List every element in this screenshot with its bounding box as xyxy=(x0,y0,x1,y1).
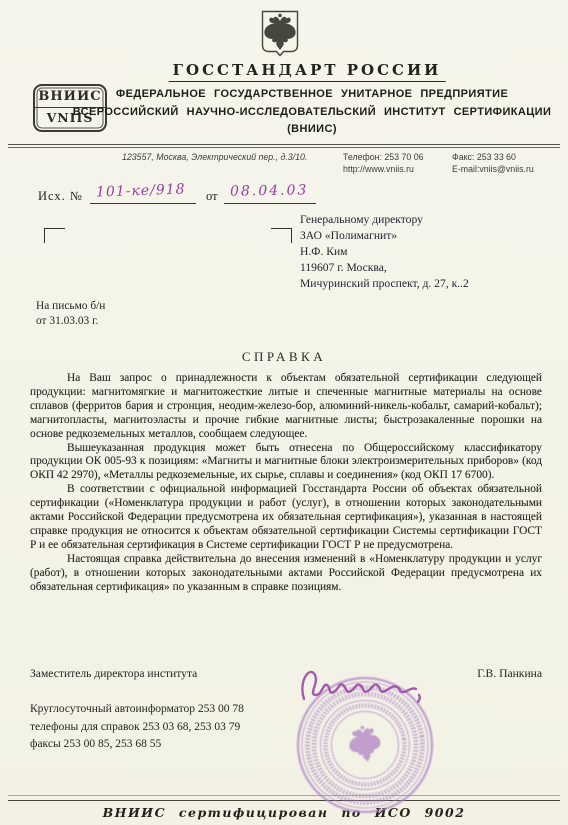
ref-number-underline xyxy=(90,203,196,204)
ref-date-underline xyxy=(224,203,316,204)
header-divider xyxy=(8,144,560,148)
signer-name: Г.В. Панкина xyxy=(477,667,542,680)
body-paragraph: Настоящая справка действительна до внесе… xyxy=(30,553,542,595)
info-line: Круглосуточный автоинформатор 253 00 78 xyxy=(30,701,244,719)
address-corner-mark-left xyxy=(44,228,65,243)
address-corner-mark-right xyxy=(271,228,292,243)
org-name-line: ВСЕРОССИЙСКИЙ НАУЧНО-ИССЛЕДОВАТЕЛЬСКИЙ И… xyxy=(56,104,568,122)
info-phones-block: Круглосуточный автоинформатор 253 00 78 … xyxy=(30,701,244,754)
in-reply-to-line: от 31.03.03 г. xyxy=(36,314,105,329)
org-name-line: (ВНИИС) xyxy=(56,121,568,139)
outgoing-date-handwritten: 08.04.03 xyxy=(230,182,309,199)
body-paragraph: В соответствии с официальной информацией… xyxy=(30,483,542,553)
footer-certification-text: ВНИИС сертифицирован по ИСО 9002 xyxy=(0,805,568,820)
recipient-line: ЗАО «Полимагнит» xyxy=(300,228,469,244)
in-reply-to-line: На письмо б/н xyxy=(36,299,105,314)
org-name-line: ФЕДЕРАЛЬНОЕ ГОСУДАРСТВЕННОЕ УНИТАРНОЕ ПР… xyxy=(56,86,568,104)
recipient-line: 119607 г. Москва, xyxy=(300,260,469,276)
outgoing-ref-label: Исх. № xyxy=(38,189,83,204)
org-name-block: ФЕДЕРАЛЬНОЕ ГОСУДАРСТВЕННОЕ УНИТАРНОЕ ПР… xyxy=(56,86,568,139)
org-title: ГОССТАНДАРТ РОССИИ xyxy=(169,61,446,82)
outgoing-ref-number-handwritten: 101-ке/918 xyxy=(96,181,186,200)
signer-position: Заместитель директора института xyxy=(30,667,197,680)
recipient-line: Н.Ф. Ким xyxy=(300,244,469,260)
recipient-line: Генеральному директору xyxy=(300,212,469,228)
contact-email: E-mail:vniis@vniis.ru xyxy=(452,163,534,175)
body-paragraph: На Ваш запрос о принадлежности к объекта… xyxy=(30,372,542,442)
contact-website: http://www.vniis.ru xyxy=(343,163,424,175)
signature-row: Заместитель директора института Г.В. Пан… xyxy=(30,667,542,680)
handwritten-signature-icon xyxy=(296,659,431,707)
document-body: На Ваш запрос о принадлежности к объекта… xyxy=(30,372,542,595)
contact-phone-website: Телефон: 253 70 06 http://www.vniis.ru xyxy=(343,151,424,175)
contact-phone: Телефон: 253 70 06 xyxy=(343,151,424,163)
body-paragraph: Вышеуказанная продукция может быть отнес… xyxy=(30,442,542,484)
outgoing-from-label: от xyxy=(206,189,218,204)
info-line: факсы 253 00 85, 253 68 55 xyxy=(30,736,244,754)
document-page: ГОССТАНДАРТ РОССИИ ВНИИС VNIIS ФЕДЕРАЛЬН… xyxy=(0,0,568,825)
footer-faint-line xyxy=(8,795,560,796)
contact-fax: Факс: 253 33 60 xyxy=(452,151,534,163)
recipient-block: Генеральному директору ЗАО «Полимагнит» … xyxy=(300,212,469,292)
russia-coat-of-arms-icon xyxy=(257,8,303,58)
document-title: СПРАВКА xyxy=(242,349,326,365)
contact-address: 123557, Москва, Электрический пер., д.3/… xyxy=(122,151,307,163)
in-reply-to-block: На письмо б/н от 31.03.03 г. xyxy=(36,299,105,328)
recipient-line: Мичуринский проспект, д. 27, к..2 xyxy=(300,276,469,292)
info-line: телефоны для справок 253 03 68, 253 03 7… xyxy=(30,719,244,737)
contact-fax-email: Факс: 253 33 60 E-mail:vniis@vniis.ru xyxy=(452,151,534,175)
footer-divider xyxy=(8,800,560,801)
